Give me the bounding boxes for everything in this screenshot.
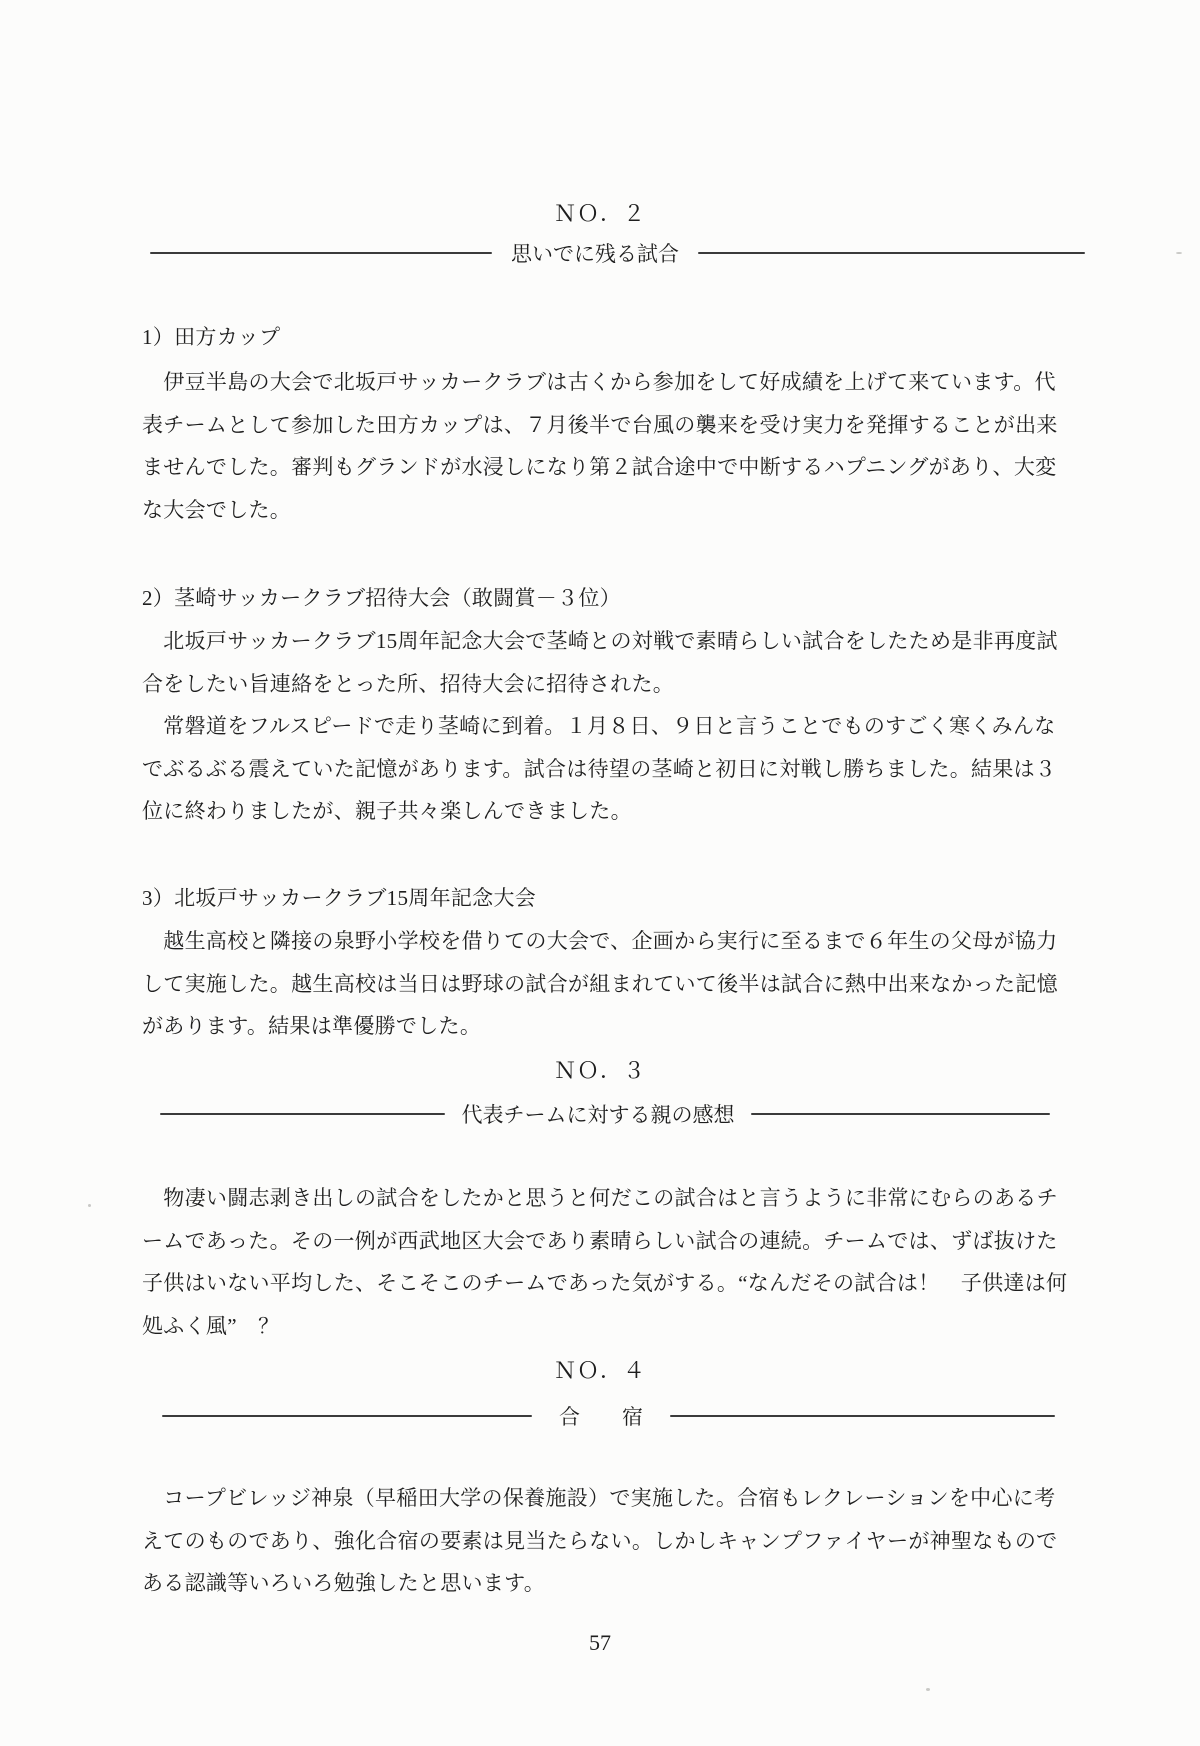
chapter-number-4: ＮＯ．４ [0, 1349, 1200, 1392]
document-page: ＮＯ．２ 思いでに残る試合 1）田方カップ 伊豆半島の大会で北坂戸サッカークラブ… [0, 0, 1200, 1746]
section-1-heading: 1）田方カップ [142, 316, 280, 359]
divider-line-right [698, 252, 1085, 254]
chapter-4-title: 合 宿 [545, 1401, 657, 1431]
text-line: 北坂戸サッカークラブ15周年記念大会で茎崎との対戦で素晴らしい試合をしたため是非… [142, 620, 1072, 663]
divider-line-left [160, 1113, 445, 1115]
text-line: でぶるぶる震えていた記憶があります。試合は待望の茎崎と初日に対戦し勝ちました。結… [142, 748, 1072, 791]
text-line: 物凄い闘志剥き出しの試合をしたかと思うと何だこの試合はと言うように非常にむらのあ… [142, 1177, 1072, 1220]
chapter-number-2: ＮＯ．２ [0, 192, 1200, 235]
divider-line-left [150, 252, 492, 254]
chapter-4-title-rule: 合 宿 [162, 1403, 1055, 1429]
text-line: があります。結果は準優勝でした。 [142, 1005, 1072, 1048]
section-2-heading: 2）茎崎サッカークラブ招待大会（敢闘賞－３位） [142, 577, 621, 620]
text-line: 合をしたい旨連絡をとった所、招待大会に招待された。 [142, 663, 1072, 706]
text-line: ームであった。その一例が西武地区大会であり素晴らしい試合の連続。チームでは、ずば… [142, 1220, 1072, 1263]
page-number: 57 [0, 1621, 1200, 1664]
section-3-heading: 3）北坂戸サッカークラブ15周年記念大会 [142, 877, 536, 920]
section-1-paragraph: 伊豆半島の大会で北坂戸サッカークラブは古くから参加をして好成績を上げて来ています… [142, 361, 1072, 531]
text-line: な大会でした。 [142, 489, 1072, 532]
chapter-2-title-rule: 思いでに残る試合 [150, 240, 1085, 266]
chapter-number-3: ＮＯ．３ [0, 1049, 1200, 1092]
text-line: して実施した。越生高校は当日は野球の試合が組まれていて後半は試合に熱中出来なかっ… [142, 963, 1072, 1006]
chapter-2-title: 思いでに残る試合 [505, 238, 685, 268]
text-line: えてのものであり、強化合宿の要素は見当たらない。しかしキャンプファイヤーが神聖な… [142, 1520, 1072, 1563]
divider-line-left [162, 1415, 532, 1417]
text-line: ませんでした。審判もグランドが水浸しになり第２試合途中で中断するハプニングがあり… [142, 446, 1072, 489]
text-line: 越生高校と隣接の泉野小学校を借りての大会で、企画から実行に至るまで６年生の父母が… [142, 920, 1072, 963]
divider-line-right [751, 1113, 1050, 1115]
text-line: 常磐道をフルスピードで走り茎崎に到着。１月８日、９日と言うことでものすごく寒くみ… [142, 705, 1072, 748]
text-line: 伊豆半島の大会で北坂戸サッカークラブは古くから参加をして好成績を上げて来ています… [142, 361, 1072, 404]
text-line: 子供はいない平均した、そこそこのチームであった気がする。“なんだその試合は！ 子… [142, 1262, 1072, 1305]
chapter-3-title-rule: 代表チームに対する親の感想 [160, 1101, 1050, 1127]
text-line: 表チームとして参加した田方カップは、７月後半で台風の襲来を受け実力を発揮すること… [142, 404, 1072, 447]
scan-speck [88, 1204, 91, 1207]
chapter-4-paragraph: コープビレッジ神泉（早稲田大学の保養施設）で実施した。合宿もレクレーションを中心… [142, 1477, 1072, 1605]
divider-line-right [670, 1415, 1055, 1417]
section-3-paragraph: 越生高校と隣接の泉野小学校を借りての大会で、企画から実行に至るまで６年生の父母が… [142, 920, 1072, 1048]
chapter-3-title: 代表チームに対する親の感想 [458, 1099, 738, 1129]
section-2-paragraph: 北坂戸サッカークラブ15周年記念大会で茎崎との対戦で素晴らしい試合をしたため是非… [142, 620, 1072, 833]
text-line: 処ふく風” ？ [142, 1305, 1072, 1348]
chapter-3-paragraph: 物凄い闘志剥き出しの試合をしたかと思うと何だこの試合はと言うように非常にむらのあ… [142, 1177, 1072, 1347]
text-line: コープビレッジ神泉（早稲田大学の保養施設）で実施した。合宿もレクレーションを中心… [142, 1477, 1072, 1520]
scan-speck [1176, 252, 1182, 254]
text-line: 位に終わりましたが、親子共々楽しんできました。 [142, 790, 1072, 833]
text-line: ある認識等いろいろ勉強したと思います。 [142, 1562, 1072, 1605]
scan-speck [926, 1688, 930, 1691]
